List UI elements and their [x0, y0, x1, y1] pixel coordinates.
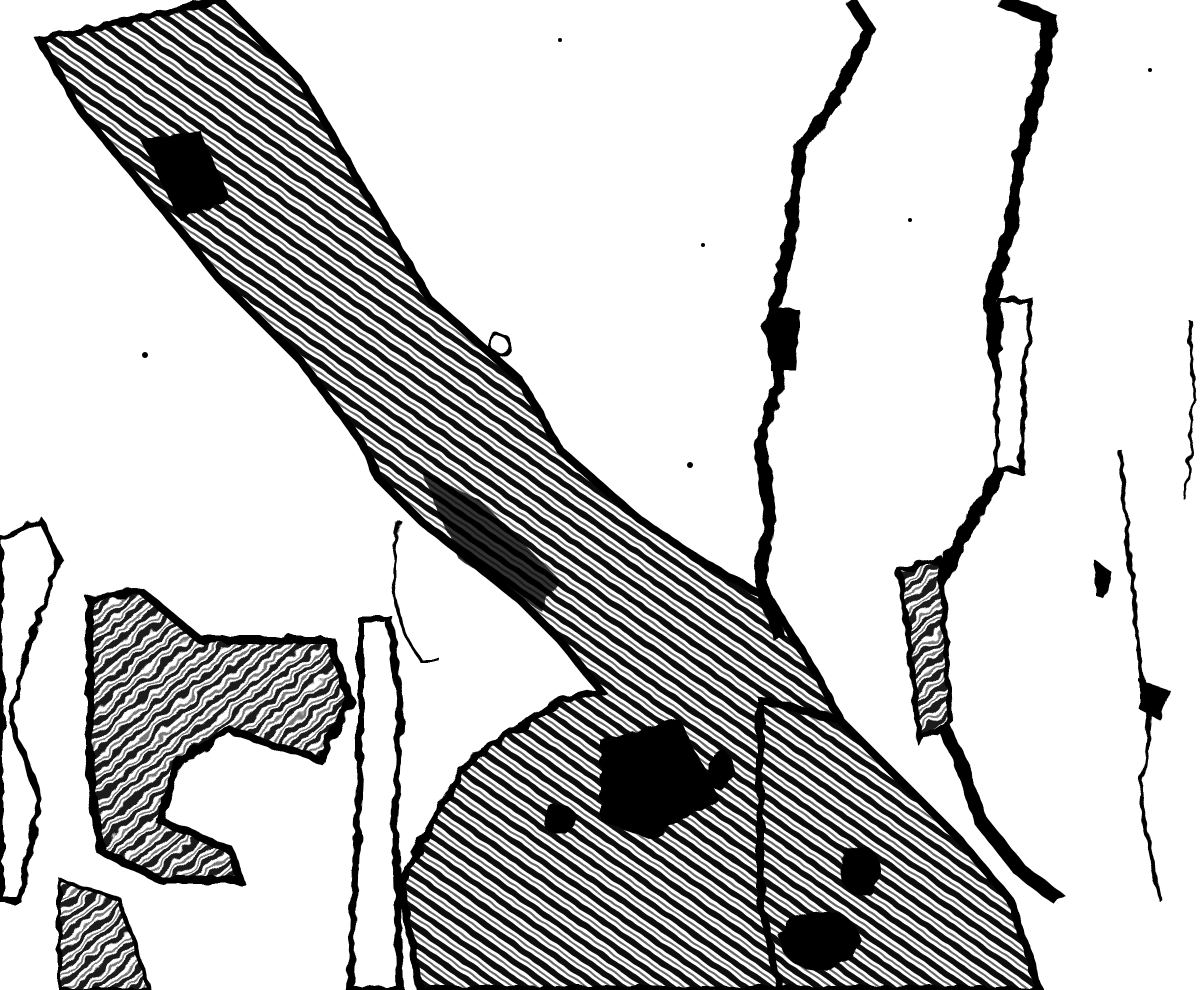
micrograph-scene: [0, 0, 1200, 990]
